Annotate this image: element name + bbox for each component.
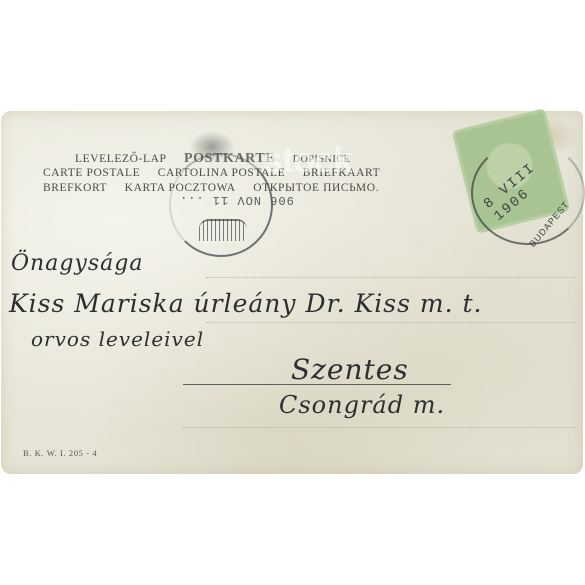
postcard-back: LEVELEZŐ-LAP POSTKARTE DOPISNICE CARTE P… bbox=[1, 111, 583, 474]
handwriting-note: orvos leveleivel bbox=[31, 327, 204, 351]
postmark-date: 906 NOV 11 ... bbox=[179, 193, 294, 207]
watermark: stock bbox=[263, 139, 352, 181]
postmark-emblem bbox=[199, 219, 247, 241]
header-text: BREFKORT bbox=[43, 182, 107, 194]
address-line bbox=[206, 322, 576, 323]
handwriting-city: Szentes bbox=[291, 353, 409, 386]
address-line bbox=[206, 277, 576, 278]
header-text: CARTE POSTALE bbox=[43, 167, 140, 179]
handwriting-recipient: Kiss Mariska úrleány Dr. Kiss m. t. bbox=[9, 289, 483, 318]
printer-mark: B. K. W. I. 205 - 4 bbox=[23, 448, 97, 458]
address-line bbox=[183, 427, 578, 428]
handwriting-salutation: Önagysága bbox=[11, 251, 143, 276]
handwriting-county: Csongrád m. bbox=[279, 391, 445, 419]
header-text: LEVELEZŐ-LAP bbox=[75, 153, 167, 165]
